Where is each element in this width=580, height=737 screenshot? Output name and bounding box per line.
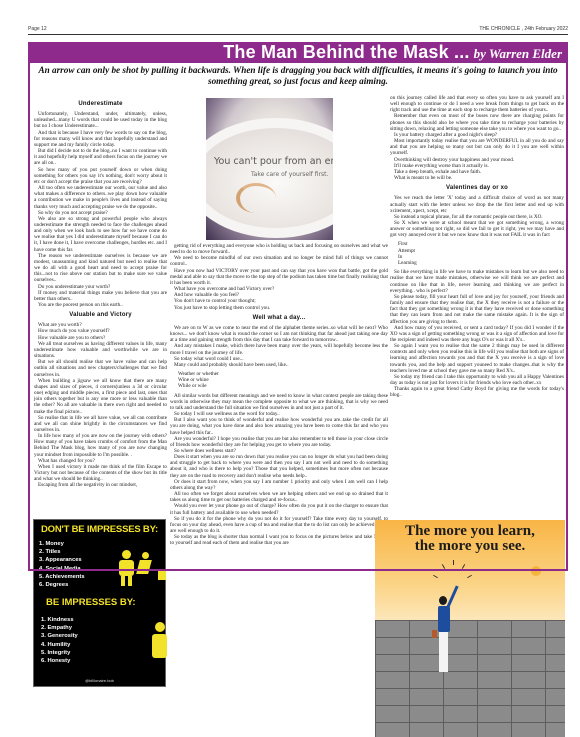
be-impress-list: 1. Kindness 2. Empathy 3. Generosity 4. … [41, 616, 78, 665]
paragraph: The reason we underestimate ourselves is… [34, 253, 167, 284]
paragraph: Many could and probably should have been… [170, 362, 388, 368]
fail-acronym-list: First Attempt In Learning [390, 241, 564, 266]
learn-quote: The more you learn, the more you see. [375, 524, 565, 554]
article-standfirst: An arrow can only be shot by pulling it … [32, 65, 564, 87]
paragraph: All too often we forget about ourselves … [170, 491, 388, 503]
list-item: 3. Appearances [39, 556, 85, 564]
section-well-body: We are on to W as we come to near the en… [170, 325, 388, 547]
paragraph: You are the poorest person on this earth… [34, 302, 167, 308]
paragraph: And that is because I have very few word… [34, 130, 167, 148]
paragraph: If money and material things make you be… [34, 290, 167, 302]
publication-dateline: THE CHRONICLE , 24th February 2022 [479, 26, 568, 32]
paragraph: All too often we underestimate our worth… [34, 185, 167, 210]
infographic-heading-be: BE IMPRESSES BY: [46, 597, 136, 608]
paragraph: And any mistakes I make, which there hav… [170, 343, 388, 355]
paragraph: In life how many of you are now on the j… [34, 433, 167, 458]
paragraph: So please today, fill your heart full of… [390, 294, 564, 325]
word-list: Weather or whether Wine or whine While o… [170, 371, 388, 390]
paragraph: Would you ever let your phone go out of … [170, 503, 388, 515]
paragraph: Does it start when you are so run down t… [170, 454, 388, 479]
dont-impress-list: 1. Money 2. Titles 3. Appearances 4. Soc… [39, 540, 85, 589]
paragraph: Or does it start from now, when you say … [170, 479, 388, 491]
infographic-heading-dont: DON'T BE IMPRESSES BY: [34, 524, 165, 535]
paragraph: on this journey called life and that eve… [390, 95, 564, 113]
article-title-bar: The Man Behind the Mask ... by Warren El… [28, 42, 568, 63]
section-heading-valuable-victory: Valuable and Victory [34, 312, 167, 318]
brick-wall [375, 620, 565, 737]
paragraph: So if you do it for the phone why do you… [170, 516, 388, 534]
page-number: Page 12 [28, 26, 47, 32]
paragraph: All similar words but different meanings… [170, 393, 388, 411]
paragraph: Yes we reach the letter 'X' today and a … [390, 195, 564, 213]
column-1: Underestimate Unfortunately, Understand,… [34, 97, 167, 489]
article-bottom-rule [28, 569, 568, 571]
paragraph: So X when we were at school meant that w… [390, 220, 564, 238]
paragraph: So like everything in life we have to ma… [390, 269, 564, 294]
paragraph: Escaping from all the negativity in our … [34, 482, 167, 488]
paragraph: But did I decide not to do the blog..no … [34, 148, 167, 166]
victory-continued: getting rid of everything and everyone w… [170, 243, 388, 311]
paragraph: But I also want you to think of wonderfu… [170, 417, 388, 435]
infographic-handle: @billionaire.bob [34, 678, 165, 683]
paragraph: So realise that in life we all have valu… [34, 415, 167, 433]
list-item: 1. Money [39, 540, 85, 548]
wellness-continued: on this journey called life and that eve… [390, 95, 564, 181]
paragraph: We all treat ourselves as having differe… [34, 341, 167, 359]
learn-quote-line2: the more you see. [375, 539, 565, 554]
empty-cup-photo: You can't pour from an empty cup Take ca… [206, 98, 333, 240]
paragraph: So again I want you to realise that the … [390, 343, 564, 374]
paragraph: So today as the blog is shorter than nor… [170, 534, 388, 546]
column-2: getting rid of everything and everyone w… [170, 243, 388, 546]
article-title: The Man Behind the Mask ... [223, 42, 469, 62]
section-heading-well-what-a-day: Well what a day... [170, 315, 388, 321]
section-heading-underestimate: Underestimate [34, 101, 167, 107]
paragraph: And how many of you received, or sent a … [390, 325, 564, 343]
spark-rays-icon [425, 560, 475, 590]
tea-stain-shape [236, 183, 276, 213]
list-item: 6. Degrees [39, 581, 85, 589]
section-valentines-body: Yes we reach the letter 'X' today and a … [390, 195, 564, 398]
paragraph: What is meant to be will be. [390, 175, 564, 181]
man-legs [439, 632, 448, 672]
sun-icon [531, 566, 541, 576]
list-item: 6. Honesty [41, 657, 78, 665]
man-body [438, 606, 450, 632]
paragraph: Most importantly today realise that you … [390, 138, 564, 156]
paragraph: Have you now had VICTORY over your past … [170, 268, 388, 286]
list-item: 2. Empathy [41, 624, 78, 632]
paragraph: getting rid of everything and everyone w… [170, 243, 388, 255]
paragraph: Unfortunately, Understand, under, ultima… [34, 111, 167, 129]
paragraph: We also are so strong and powerful peopl… [34, 216, 167, 253]
paragraph: Thanks again to a great friend Cathy Boy… [390, 386, 564, 398]
list-item: 5. Achievements [39, 573, 85, 581]
impressed-by-infographic: DON'T BE IMPRESSES BY: 1. Money 2. Title… [33, 519, 166, 687]
paragraph: We need to become mindful of our own sit… [170, 255, 388, 267]
paragraph: Remember that even on most of the buses … [390, 113, 564, 131]
page-header: Page 12 THE CHRONICLE , 24th February 20… [28, 25, 568, 35]
cup-quote-line1: You can't pour from an empty cup [214, 156, 333, 167]
paragraph: You just have to stop letting them contr… [170, 305, 388, 311]
list-item: 5. Integrity [41, 649, 78, 657]
paragraph: But we all should realise that we have v… [34, 359, 167, 377]
paragraph: Are you wonderful? I hope you realise th… [170, 436, 388, 448]
section-valuable-body: What are you worth? How much do you valu… [34, 322, 167, 488]
list-item: 2. Titles [39, 548, 85, 556]
cup-quote-line2: Take care of yourself first. [251, 171, 328, 178]
list-item: 1. Kindness [41, 616, 78, 624]
briefcase-icon [432, 630, 437, 638]
section-heading-valentines: Valentines day or xo [390, 185, 564, 191]
paragraph: We are on to W as we come to near the en… [170, 325, 388, 343]
man-head [439, 596, 447, 605]
list-item: 4. Humility [41, 641, 78, 649]
column-3: on this journey called life and that eve… [390, 95, 564, 399]
article-byline: by Warren Elder [474, 46, 562, 61]
paragraph: When I used victory it made me think of … [34, 464, 167, 482]
acronym-item: Learning [398, 260, 564, 266]
paragraph: When building a jigsaw we all know that … [34, 378, 167, 415]
cup-illustration [206, 118, 333, 238]
section-underestimate-body: Unfortunately, Understand, under, ultima… [34, 111, 167, 308]
paragraph: So today my friend can I take this oppor… [390, 374, 564, 386]
word-list-item: While or wile [178, 383, 388, 389]
list-item: 3. Generosity [41, 632, 78, 640]
paragraph: So how many of you put yourself down or … [34, 167, 167, 185]
learn-quote-line1: The more you learn, [375, 524, 565, 539]
more-you-learn-illustration: The more you learn, the more you see. [375, 520, 565, 737]
